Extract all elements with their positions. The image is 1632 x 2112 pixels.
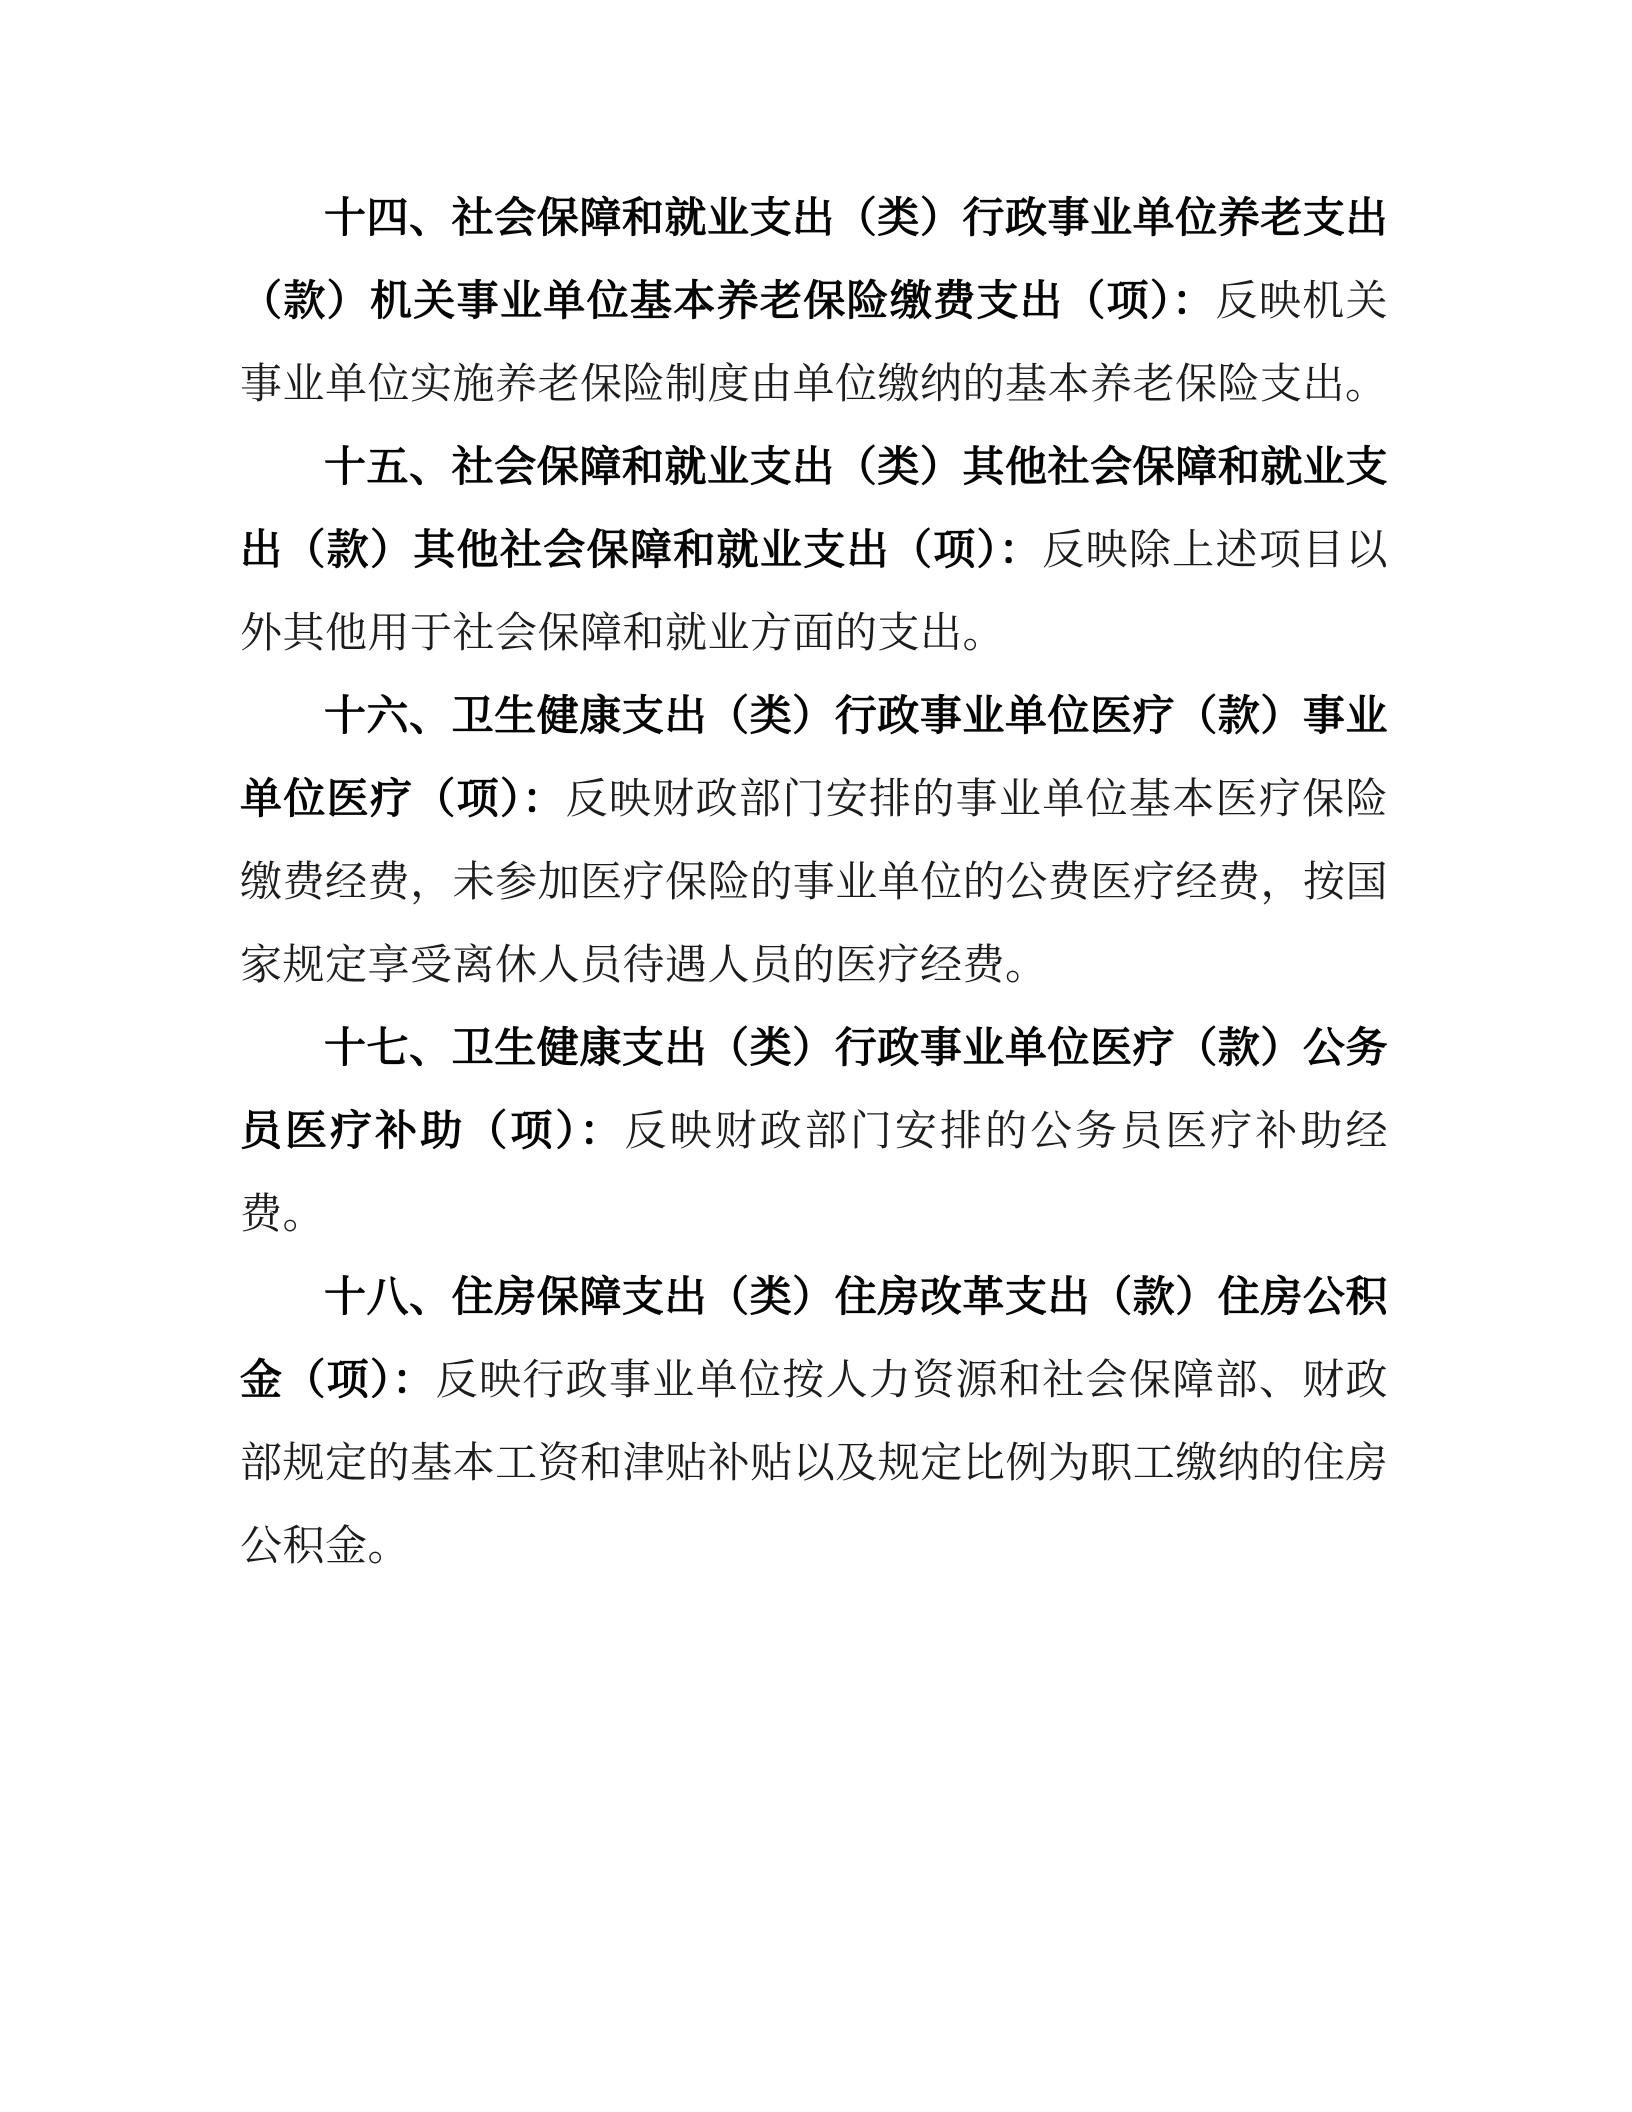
paragraph-clause-18: 十八、住房保障支出（类）住房改革支出（款）住房公积金（项）：反映行政事业单位按人… (240, 1255, 1388, 1587)
document-page: 十四、社会保障和就业支出（类）行政事业单位养老支出（款）机关事业单位基本养老保险… (0, 0, 1632, 2112)
paragraph-clause-17: 十七、卫生健康支出（类）行政事业单位医疗（款）公务员医疗补助（项）：反映财政部门… (240, 1006, 1388, 1255)
paragraph-clause-15: 十五、社会保障和就业支出（类）其他社会保障和就业支出（款）其他社会保障和就业支出… (240, 425, 1388, 674)
paragraph-clause-14: 十四、社会保障和就业支出（类）行政事业单位养老支出（款）机关事业单位基本养老保险… (240, 176, 1388, 425)
paragraph-clause-16: 十六、卫生健康支出（类）行政事业单位医疗（款）事业单位医疗（项）：反映财政部门安… (240, 674, 1388, 1006)
document-text-block: 十四、社会保障和就业支出（类）行政事业单位养老支出（款）机关事业单位基本养老保险… (240, 176, 1388, 1587)
